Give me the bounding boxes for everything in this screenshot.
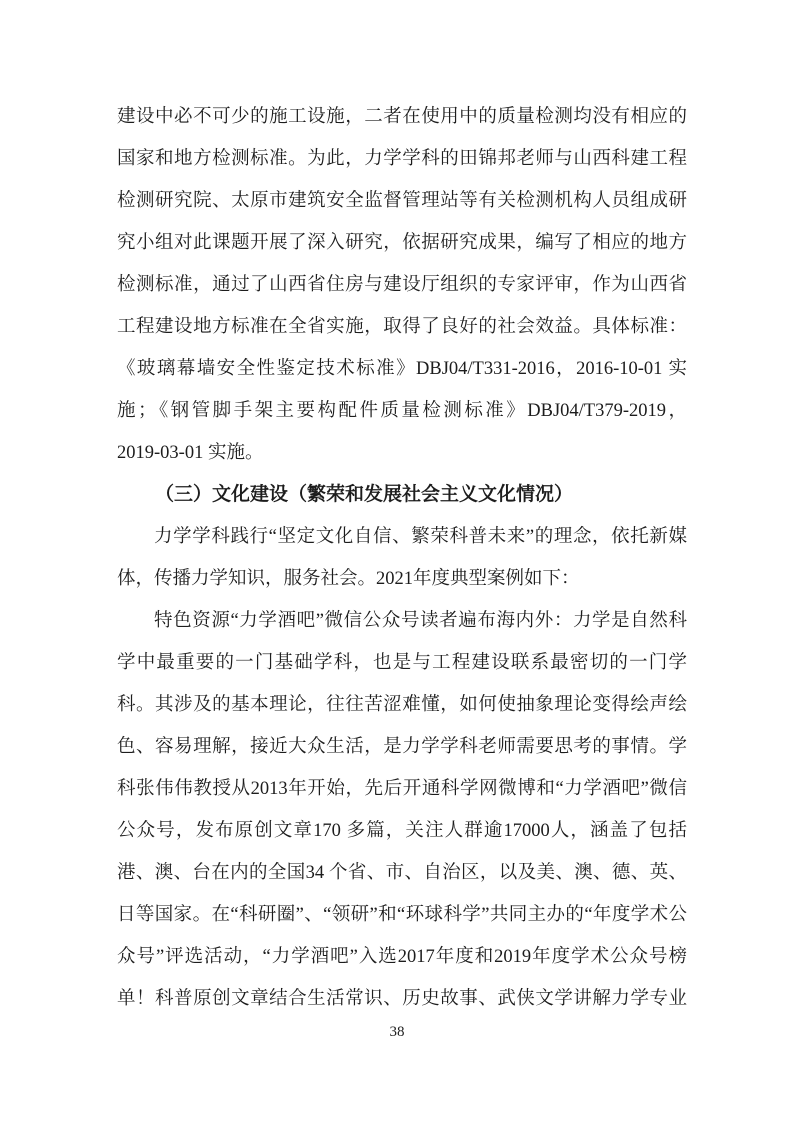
text-line: 《玻璃幕墙安全性鉴定技术标准》DBJ04/T331-2016，2016-10-0…	[117, 348, 687, 390]
text-line: 体，传播力学知识，服务社会。2021年度典型案例如下：	[117, 558, 687, 600]
text-line: 检测研究院、太原市建筑安全监督管理站等有关检测机构人员组成研	[117, 180, 687, 222]
text-line: 检测标准，通过了山西省住房与建设厅组织的专家评审，作为山西省	[117, 264, 687, 306]
text-line: 特色资源“力学酒吧”微信公众号读者遍布海内外：力学是自然科	[117, 600, 687, 642]
document-body: 建设中必不可少的施工设施，二者在使用中的质量检测均没有相应的国家和地方检测标准。…	[117, 96, 687, 1020]
page-footer: 38	[0, 1022, 794, 1042]
text-line: 国家和地方检测标准。为此，力学学科的田锦邦老师与山西科建工程	[117, 138, 687, 180]
text-line: 学中最重要的一门基础学科，也是与工程建设联系最密切的一门学	[117, 642, 687, 684]
text-line: 建设中必不可少的施工设施，二者在使用中的质量检测均没有相应的	[117, 96, 687, 138]
section-heading: （三）文化建设（繁荣和发展社会主义文化情况）	[117, 474, 687, 516]
text-line: 施；《钢管脚手架主要构配件质量检测标准》DBJ04/T379-2019，	[117, 390, 687, 432]
document-page: 建设中必不可少的施工设施，二者在使用中的质量检测均没有相应的国家和地方检测标准。…	[0, 0, 794, 1123]
text-line: 究小组对此课题开展了深入研究，依据研究成果，编写了相应的地方	[117, 222, 687, 264]
text-line: 色、容易理解，接近大众生活，是力学学科老师需要思考的事情。学	[117, 726, 687, 768]
text-line: 工程建设地方标准在全省实施，取得了良好的社会效益。具体标准：	[117, 306, 687, 348]
text-line: 2019-03-01 实施。	[117, 432, 687, 474]
page-number: 38	[390, 1024, 405, 1040]
text-line: 日等国家。在“科研圈”、“领研”和“环球科学”共同主办的“年度学术公	[117, 894, 687, 936]
text-line: 公众号，发布原创文章170 多篇，关注人群逾17000人，涵盖了包括	[117, 810, 687, 852]
text-line: 力学学科践行“坚定文化自信、繁荣科普未来”的理念，依托新媒	[117, 516, 687, 558]
text-line: 港、澳、台在内的全国34 个省、市、自治区，以及美、澳、德、英、	[117, 852, 687, 894]
text-line: 众号”评选活动，“力学酒吧”入选2017年度和2019年度学术公众号榜	[117, 936, 687, 978]
text-line: 科。其涉及的基本理论，往往苦涩难懂，如何使抽象理论变得绘声绘	[117, 684, 687, 726]
text-line: 单！科普原创文章结合生活常识、历史故事、武侠文学讲解力学专业	[117, 978, 687, 1020]
text-line: 科张伟伟教授从2013年开始，先后开通科学网微博和“力学酒吧”微信	[117, 768, 687, 810]
